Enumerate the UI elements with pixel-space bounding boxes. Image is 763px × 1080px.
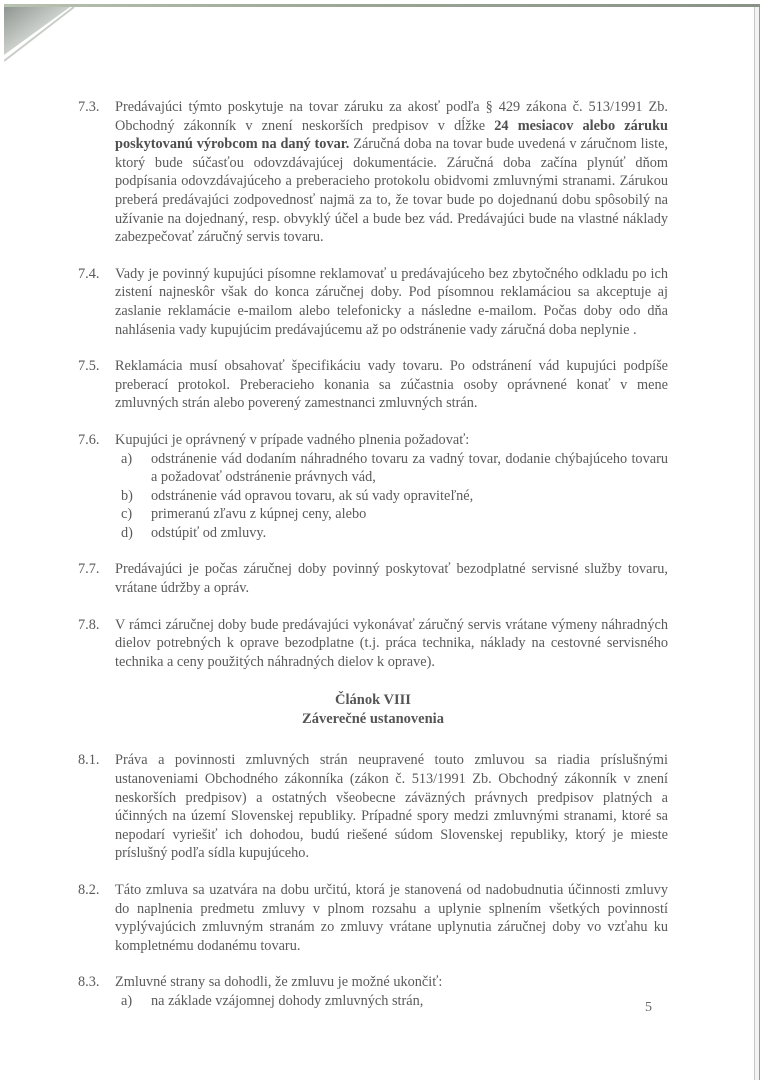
page-top-edge	[4, 4, 760, 7]
list-item: a)odstránenie vád dodaním náhradného tov…	[115, 450, 668, 487]
clause-7-8: 7.8. V rámci záručnej doby bude predávaj…	[78, 616, 668, 672]
article-subtitle: Záverečné ustanovenia	[78, 710, 668, 729]
page-right-edge	[754, 7, 760, 1080]
clause-text-block: Zmluvné strany sa dohodli, že zmluvu je …	[115, 973, 668, 1010]
clause-text: Táto zmluva sa uzatvára na dobu určitú, …	[115, 881, 668, 955]
article-heading: Článok VIII Záverečné ustanovenia	[78, 691, 668, 729]
clause-7-7: 7.7. Predávajúci je počas záručnej doby …	[78, 560, 668, 597]
clause-text: Kupujúci je oprávnený v prípade vadného …	[115, 431, 668, 450]
clause-text-part: Záručná doba na tovar bude uvedená v zár…	[115, 136, 668, 245]
clause-number: 8.2.	[78, 881, 115, 955]
clause-number: 7.4.	[78, 265, 115, 339]
clause-number: 7.3.	[78, 98, 115, 247]
list-letter: a)	[115, 450, 151, 487]
clause-text: Reklamácia musí obsahovať špecifikáciu v…	[115, 357, 668, 413]
list-letter: a)	[115, 992, 151, 1011]
clause-number: 7.7.	[78, 560, 115, 597]
article-title: Článok VIII	[78, 691, 668, 710]
remedies-list: a)odstránenie vád dodaním náhradného tov…	[115, 450, 668, 543]
list-text: odstránenie vád opravou tovaru, ak sú va…	[151, 487, 668, 506]
clause-8-1: 8.1. Práva a povinnosti zmluvných strán …	[78, 751, 668, 863]
list-item: b)odstránenie vád opravou tovaru, ak sú …	[115, 487, 668, 506]
clause-7-5: 7.5. Reklamácia musí obsahovať špecifiká…	[78, 357, 668, 413]
clause-number: 7.8.	[78, 616, 115, 672]
clause-text: Zmluvné strany sa dohodli, že zmluvu je …	[115, 973, 668, 992]
list-text: odstúpiť od zmluvy.	[151, 524, 668, 543]
page-number: 5	[645, 1000, 652, 1016]
clause-number: 7.6.	[78, 431, 115, 543]
page-corner-fold-icon	[4, 7, 76, 62]
clause-text: Predávajúci týmto poskytuje na tovar zár…	[115, 98, 668, 247]
clause-7-3: 7.3. Predávajúci týmto poskytuje na tova…	[78, 98, 668, 247]
clause-text: Práva a povinnosti zmluvných strán neupr…	[115, 751, 668, 863]
clause-number: 8.1.	[78, 751, 115, 863]
clause-8-3: 8.3. Zmluvné strany sa dohodli, že zmluv…	[78, 973, 668, 1010]
clause-7-6: 7.6. Kupujúci je oprávnený v prípade vad…	[78, 431, 668, 543]
clause-text: Vady je povinný kupujúci písomne reklamo…	[115, 265, 668, 339]
list-item: a)na základe vzájomnej dohody zmluvných …	[115, 992, 668, 1011]
list-letter: c)	[115, 505, 151, 524]
list-letter: b)	[115, 487, 151, 506]
list-letter: d)	[115, 524, 151, 543]
list-text: odstránenie vád dodaním náhradného tovar…	[151, 450, 668, 487]
list-item: d)odstúpiť od zmluvy.	[115, 524, 668, 543]
clause-8-2: 8.2. Táto zmluva sa uzatvára na dobu urč…	[78, 881, 668, 955]
termination-list: a)na základe vzájomnej dohody zmluvných …	[115, 992, 668, 1011]
list-text: na základe vzájomnej dohody zmluvných st…	[151, 992, 668, 1011]
clause-text: Predávajúci je počas záručnej doby povin…	[115, 560, 668, 597]
clause-text-block: Kupujúci je oprávnený v prípade vadného …	[115, 431, 668, 543]
clause-7-4: 7.4. Vady je povinný kupujúci písomne re…	[78, 265, 668, 339]
contract-text: 7.3. Predávajúci týmto poskytuje na tova…	[78, 98, 668, 1029]
clause-number: 7.5.	[78, 357, 115, 413]
list-item: c)primeranú zľavu z kúpnej ceny, alebo	[115, 505, 668, 524]
clause-number: 8.3.	[78, 973, 115, 1010]
clause-text: V rámci záručnej doby bude predávajúci v…	[115, 616, 668, 672]
list-text: primeranú zľavu z kúpnej ceny, alebo	[151, 505, 668, 524]
